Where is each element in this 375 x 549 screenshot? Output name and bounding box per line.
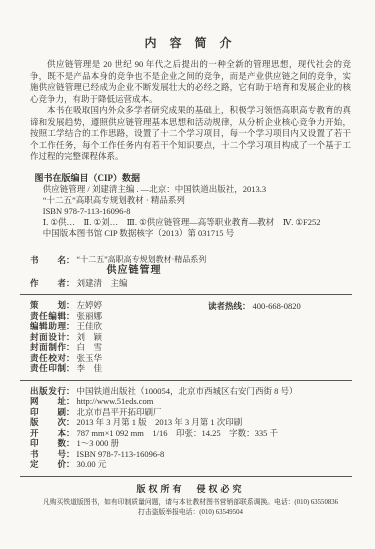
book-title-label: 书名 [30, 255, 66, 266]
publishing-row: 印刷：北京市昌平开拓印刷厂 [30, 407, 351, 418]
staff-label: 封面制作 [30, 342, 66, 353]
publishing-value: 1～3 000 册 [77, 438, 120, 448]
book-info-block: 书名：“十二五”高职高专规划教材·精品系列供应链管理 作者：刘建清 主编 [30, 255, 351, 289]
cip-heading: 图书在版编目（CIP）数据 [30, 173, 351, 184]
colon: ： [66, 459, 75, 469]
colon: ： [66, 363, 75, 373]
publishing-info-block: 出版发行：中国铁道出版社（100054，北京市西城区右安门西街 8 号） 网址：… [30, 386, 351, 470]
staff-name: 白 雪 [77, 342, 103, 352]
colon: ： [66, 417, 75, 427]
book-author-label: 作者 [30, 278, 66, 289]
colon: ： [66, 386, 75, 396]
cip-series: “十二五”高职高专规划教材 · 精品系列 [30, 195, 351, 206]
divider-line [20, 380, 352, 381]
colon: ： [66, 449, 75, 459]
reader-hotline: 读者热线：400-668-0820 [208, 300, 301, 312]
publishing-value: 2013 年 3 月第 1 版 2013 年 3 月第 1 次印刷 [77, 417, 243, 427]
book-isbn: ISBN 978-7-113-16096-8 [77, 449, 165, 459]
anti-piracy-line: 打击盗版举报电话：(010) 63549504 [30, 508, 351, 519]
book-copyright-page: 内 容 简 介 供应链管理是 20 世纪 90 年代之后提出的一种全新的管理思想… [0, 0, 375, 549]
book-price: 30.00 元 [77, 459, 107, 469]
publishing-row: 印数：1～3 000 册 [30, 438, 351, 449]
staff-name: 张玉华 [77, 353, 103, 363]
publishing-row: 开本：787 mm×1 092 mm 1/16 印张：14.25 字数：335 … [30, 428, 351, 439]
colon: ： [66, 342, 75, 352]
exchange-notice-line: 凡购买铁道版图书，如有印制质量问题，请与本社教材图书营销部联系调换。电话：(01… [30, 498, 351, 509]
staff-label: 责任校对 [30, 353, 66, 364]
staff-name: 李 佳 [77, 363, 103, 373]
hotline-number: 400-668-0820 [253, 301, 301, 311]
staff-name: 王佳欣 [77, 321, 103, 331]
colon: ： [66, 278, 75, 288]
publishing-row: 出版发行：中国铁道出版社（100054，北京市西城区右安门西街 8 号） [30, 386, 351, 397]
divider-line [20, 476, 352, 477]
content-summary: 供应链管理是 20 世纪 90 年代之后提出的一种全新的管理思想，现代社会的竞争… [30, 59, 351, 163]
publishing-row: 网址：http://www.51eds.com [30, 396, 351, 407]
content-summary-title: 内 容 简 介 [30, 34, 351, 51]
colon: ： [66, 300, 75, 310]
staff-row: 责任校对：张玉华 [30, 353, 351, 364]
book-title-value: “十二五”高职高专规划教材·精品系列供应链管理 [77, 255, 207, 277]
staff-name: 左婷婷 [77, 300, 103, 310]
cip-data-block: 图书在版编目（CIP）数据 供应链管理 / 刘建清主编 . —北京：中国铁道出版… [30, 173, 351, 239]
staff-label: 编辑助理 [30, 321, 66, 332]
staff-label: 封面设计 [30, 332, 66, 343]
copyright-notice: 版权所有 侵权必究 [30, 482, 351, 495]
staff-label: 责任编辑 [30, 311, 66, 322]
divider-line [20, 294, 352, 295]
cip-classification: Ⅰ. ①供… Ⅱ. ①刘… Ⅲ. ①供应链管理—高等职业教育—教材 Ⅳ. ①F2… [30, 217, 332, 228]
colon: ： [66, 255, 75, 265]
colon: ： [66, 428, 75, 438]
publishing-label: 书号 [30, 449, 66, 460]
staff-row: 封面设计：刘 颖 [30, 332, 351, 343]
book-title-row: 书名：“十二五”高职高专规划教材·精品系列供应链管理 [30, 255, 351, 277]
publishing-label: 开本 [30, 428, 66, 439]
colon: ： [66, 332, 75, 342]
staff-row: 策划：左婷婷 [30, 300, 351, 311]
hotline-label: 读者热线 [208, 301, 242, 311]
publishing-row: 定价：30.00 元 [30, 459, 351, 470]
colon: ： [66, 321, 75, 331]
book-author-row: 作者：刘建清 主编 [30, 278, 351, 289]
publishing-label: 出版发行 [30, 386, 66, 397]
staff-row: 责任编辑：张丽娜 [30, 311, 351, 322]
cip-isbn: ISBN 978-7-113-16096-8 [30, 206, 351, 217]
staff-name: 张丽娜 [77, 311, 103, 321]
staff-name: 刘 颖 [77, 332, 103, 342]
publishing-value: 中国铁道出版社（100054，北京市西城区右安门西街 8 号） [77, 386, 298, 396]
publishing-row: 书号：ISBN 978-7-113-16096-8 [30, 449, 351, 460]
colon: ： [66, 438, 75, 448]
colon: ： [66, 353, 75, 363]
publisher-website: http://www.51eds.com [77, 396, 154, 406]
cip-record: 供应链管理 / 刘建清主编 . —北京：中国铁道出版社，2013.3 [30, 184, 268, 195]
cip-registry-number: 中国版本图书馆 CIP 数据核字（2013）第 031715 号 [30, 228, 351, 239]
staff-row: 责任印制：李 佳 [30, 363, 351, 374]
colon: ： [242, 301, 251, 311]
publishing-label: 版次 [30, 417, 66, 428]
summary-paragraph-1: 供应链管理是 20 世纪 90 年代之后提出的一种全新的管理思想，现代社会的竞争… [30, 59, 351, 105]
staff-label: 策划 [30, 300, 66, 311]
book-author: 刘建清 主编 [77, 278, 128, 288]
publishing-row: 版次：2013 年 3 月第 1 版 2013 年 3 月第 1 次印刷 [30, 417, 351, 428]
publishing-value: 787 mm×1 092 mm 1/16 印张：14.25 字数：335 千 [77, 428, 278, 438]
publishing-value: 北京市昌平开拓印刷厂 [77, 407, 162, 417]
colon: ： [66, 311, 75, 321]
colon: ： [66, 396, 75, 406]
copyright-notice-block: 版权所有 侵权必究 凡购买铁道版图书，如有印制质量问题，请与本社教材图书营销部联… [30, 482, 351, 519]
publishing-label: 印数 [30, 438, 66, 449]
colon: ： [66, 407, 75, 417]
publishing-label: 定价 [30, 459, 66, 470]
staff-row: 编辑助理：王佳欣 [30, 321, 351, 332]
summary-paragraph-2: 本书在吸取国内外众多学者研究成果的基础上，积极学习领悟高职高专教育的真谛和发展趋… [30, 105, 351, 163]
staff-label: 责任印制 [30, 363, 66, 374]
book-series-name: “十二五”高职高专规划教材·精品系列 [77, 255, 207, 265]
editorial-staff-block: 策划：左婷婷 责任编辑：张丽娜 编辑助理：王佳欣 封面设计：刘 颖 封面制作：白… [30, 300, 351, 374]
publishing-label: 网址 [30, 396, 66, 407]
book-title: 供应链管理 [107, 265, 207, 277]
publishing-label: 印刷 [30, 407, 66, 418]
staff-row: 封面制作：白 雪 [30, 342, 351, 353]
